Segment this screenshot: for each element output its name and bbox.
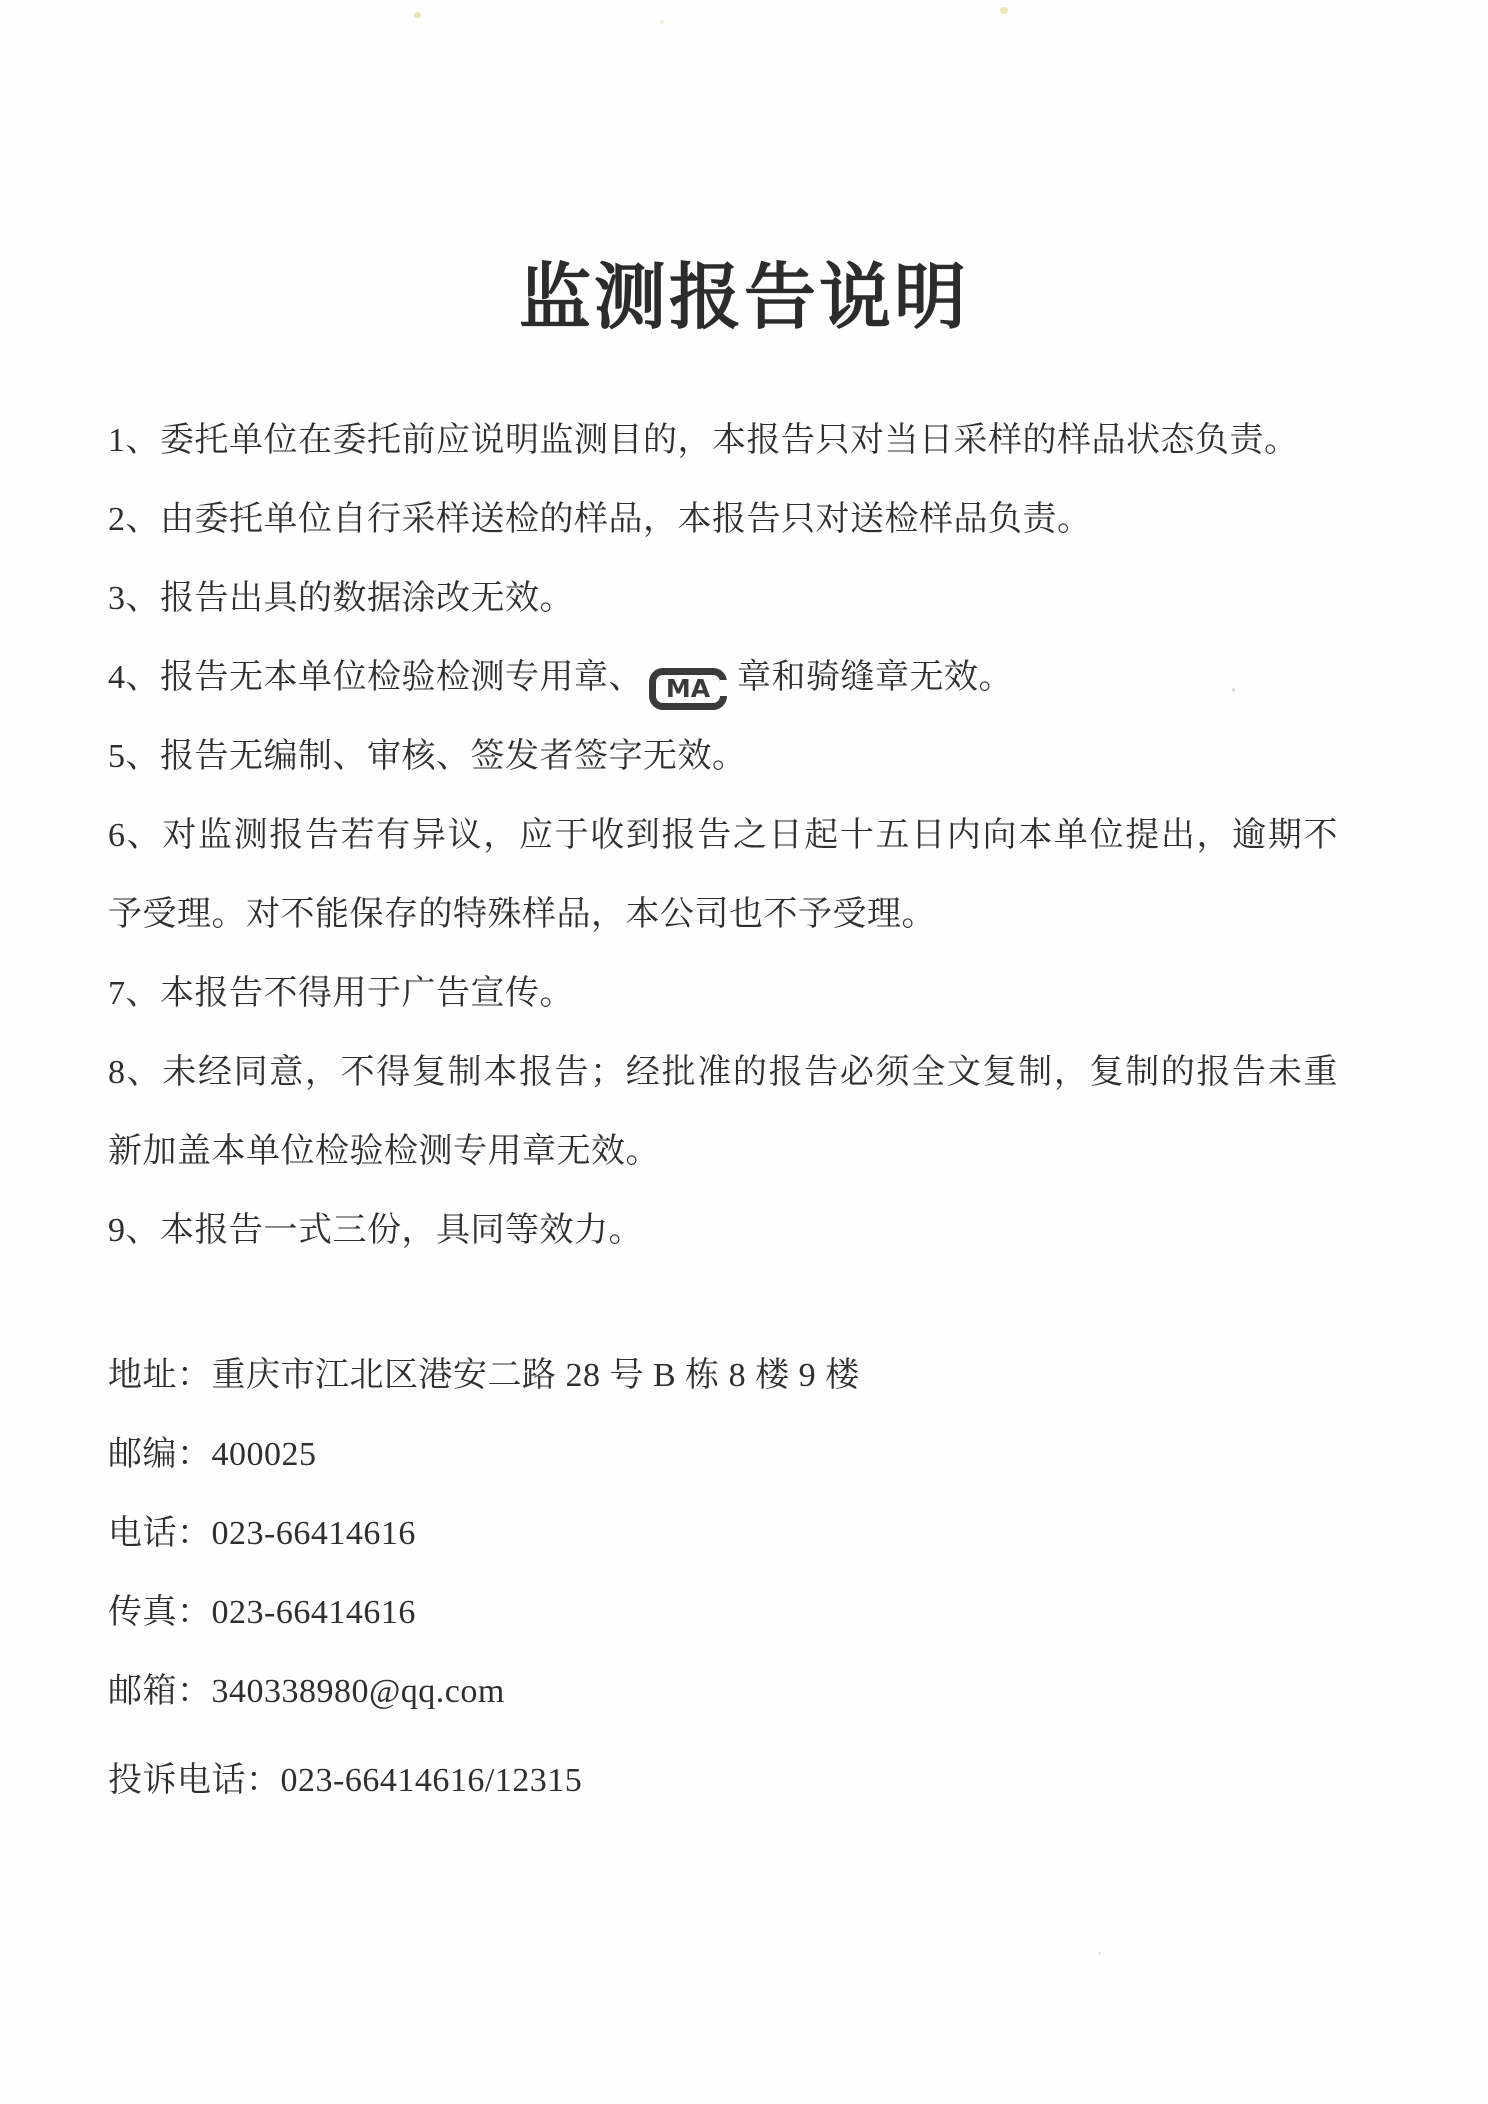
contact-address-value: 重庆市江北区港安二路 28 号 B 栋 8 楼 9 楼: [212, 1357, 860, 1394]
note-item-4: 4、报告无本单位检验检测专用章、MA章和骑缝章无效。: [108, 638, 1338, 717]
note-item-8-line-2: 新加盖本单位检验检测专用章无效。: [108, 1112, 1338, 1191]
contact-phone-value: 023-66414616: [212, 1515, 416, 1552]
report-notes-page: 监测报告说明 1、委托单位在委托前应说明监测目的，本报告只对当日采样的样品状态负…: [0, 0, 1488, 2104]
contact-postcode: 邮编：400025: [108, 1415, 1338, 1494]
contact-email: 邮箱：340338980@qq.com: [108, 1652, 1338, 1731]
note-item-7: 7、本报告不得用于广告宣传。: [108, 954, 1338, 1033]
contact-complaint-phone-label: 投诉电话：: [108, 1762, 281, 1799]
contact-email-value: 340338980@qq.com: [212, 1673, 505, 1710]
contact-fax-value: 023-66414616: [212, 1594, 416, 1631]
note-item-3: 3、报告出具的数据涂改无效。: [108, 559, 1338, 638]
page-title: 监测报告说明: [0, 0, 1488, 339]
contact-complaint-phone-value: 023-66414616/12315: [281, 1762, 583, 1799]
note-item-6-line-2: 予受理。对不能保存的特殊样品，本公司也不予受理。: [108, 875, 1338, 954]
contact-address-label: 地址：: [108, 1357, 212, 1394]
note-item-4-prefix: 4、报告无本单位检验检测专用章、: [108, 659, 643, 696]
contact-postcode-label: 邮编：: [108, 1436, 212, 1473]
cma-mark-icon: MA: [649, 668, 727, 710]
contact-complaint-phone: 投诉电话：023-66414616/12315: [108, 1741, 1338, 1820]
note-item-5: 5、报告无编制、审核、签发者签字无效。: [108, 717, 1338, 796]
contact-address: 地址：重庆市江北区港安二路 28 号 B 栋 8 楼 9 楼: [108, 1336, 1338, 1415]
note-item-4-suffix: 章和骑缝章无效。: [737, 659, 1013, 696]
cma-mark-letters: MA: [656, 675, 720, 703]
note-item-2: 2、由委托单位自行采样送检的样品，本报告只对送检样品负责。: [108, 480, 1338, 559]
contact-email-label: 邮箱：: [108, 1673, 212, 1710]
note-item-8-line-1: 8、未经同意，不得复制本报告；经批准的报告必须全文复制，复制的报告未重: [108, 1033, 1338, 1112]
notes-section: 1、委托单位在委托前应说明监测目的，本报告只对当日采样的样品状态负责。 2、由委…: [108, 401, 1338, 1270]
scan-speck: [1098, 1952, 1101, 1955]
contact-postcode-value: 400025: [212, 1436, 317, 1473]
note-item-1: 1、委托单位在委托前应说明监测目的，本报告只对当日采样的样品状态负责。: [108, 401, 1338, 480]
contact-phone: 电话：023-66414616: [108, 1494, 1338, 1573]
contact-section: 地址：重庆市江北区港安二路 28 号 B 栋 8 楼 9 楼 邮编：400025…: [108, 1336, 1338, 1820]
cma-mark-notch: [720, 680, 729, 696]
contact-phone-label: 电话：: [108, 1515, 212, 1552]
contact-fax-label: 传真：: [108, 1594, 212, 1631]
note-item-9: 9、本报告一式三份，具同等效力。: [108, 1191, 1338, 1270]
contact-fax: 传真：023-66414616: [108, 1573, 1338, 1652]
note-item-6-line-1: 6、对监测报告若有异议，应于收到报告之日起十五日内向本单位提出，逾期不: [108, 796, 1338, 875]
